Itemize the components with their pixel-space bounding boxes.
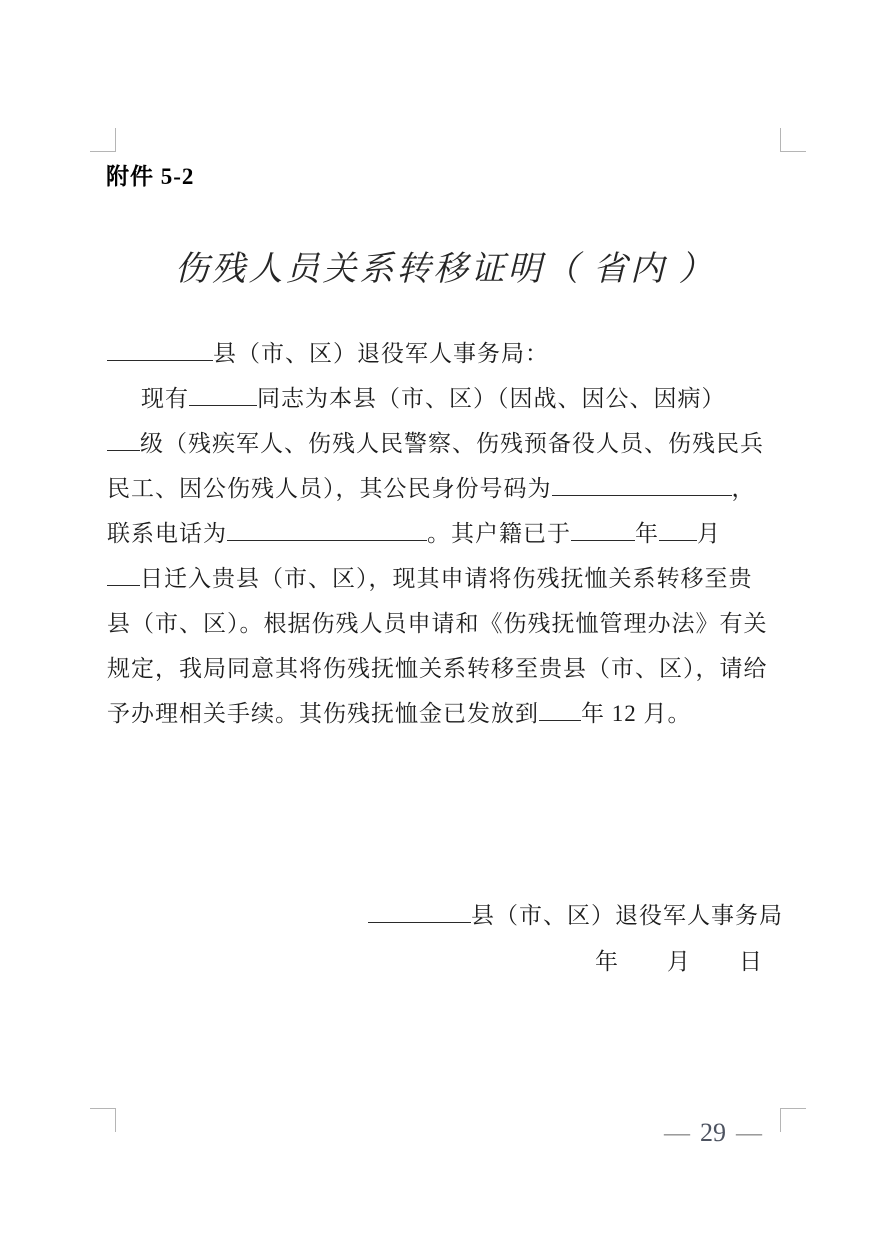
text-line: 年 月 日 [368, 939, 783, 985]
document-title: 伤残人员关系转移证明（ 省内 ） [108, 241, 782, 290]
blank-underline-field [552, 473, 732, 496]
text-line: 民工、因公伤残人员），其公民身份号码为， [107, 466, 787, 511]
text-line: 县（市、区）。根据伤残人员申请和《伤残抚恤管理办法》有关 [107, 601, 787, 646]
text-segment: 同志为本县（市、区）（因战、因公、因病） [257, 386, 726, 411]
text-segment: 县（市、区）退役军人事务局 [471, 903, 783, 928]
text-line: 日迁入贵县（市、区），现其申请将伤残抚恤关系转移至贵 [107, 556, 787, 601]
document-page: 附件 5-2 伤残人员关系转移证明（ 省内 ） 县（市、区）退役军人事务局：现有… [0, 0, 887, 1254]
blank-underline-field [107, 563, 140, 586]
text-line: 予办理相关手续。其伤残抚恤金已发放到年 12 月。 [107, 691, 787, 736]
text-segment: 年 [635, 521, 659, 546]
blank-underline-field [189, 383, 257, 406]
page-number-value: 29 [700, 1118, 726, 1147]
text-line: 级（残疾军人、伤残人民警察、伤残预备役人员、伤残民兵 [107, 421, 787, 466]
text-segment: 规定，我局同意其将伤残抚恤关系转移至贵县（市、区），请给 [107, 656, 768, 681]
page-number-dash: — [654, 1118, 700, 1147]
text-segment: 予办理相关手续。其伤残抚恤金已发放到 [107, 701, 539, 726]
crop-mark-top-right [780, 128, 806, 152]
blank-underline-field [368, 900, 471, 923]
text-segment: 联系电话为 [107, 521, 227, 546]
page-number-dash: — [726, 1118, 772, 1147]
page-number: —29— [613, 1118, 813, 1148]
attachment-label: 附件 5-2 [106, 158, 194, 191]
text-segment: 日迁入贵县（市、区），现其申请将伤残抚恤关系转移至贵 [140, 566, 753, 591]
blank-underline-field [571, 518, 635, 541]
crop-mark-bottom-left [90, 1108, 116, 1132]
text-line: 联系电话为。其户籍已于年月 [107, 511, 787, 556]
blank-underline-field [539, 698, 581, 721]
text-segment: ， [732, 476, 756, 501]
blank-underline-field [107, 428, 140, 451]
text-line: 县（市、区）退役军人事务局： [107, 331, 787, 376]
blank-underline-field [107, 338, 213, 361]
text-segment: 级（残疾军人、伤残人民警察、伤残预备役人员、伤残民兵 [140, 431, 764, 456]
text-segment: 县（市、区）。根据伤残人员申请和《伤残抚恤管理办法》有关 [107, 611, 768, 636]
text-segment: 县（市、区）退役军人事务局： [213, 341, 549, 366]
blank-underline-field [227, 518, 427, 541]
text-segment: 年 12 月。 [581, 701, 692, 726]
text-segment: 月 [697, 521, 721, 546]
text-segment: 年 月 日 [595, 949, 763, 974]
text-segment: 民工、因公伤残人员），其公民身份号码为 [107, 476, 552, 501]
text-segment: 现有 [141, 386, 189, 411]
text-segment: 。其户籍已于 [427, 521, 571, 546]
signature-block: 县（市、区）退役军人事务局年 月 日 [368, 893, 783, 985]
text-line: 现有同志为本县（市、区）（因战、因公、因病） [107, 376, 787, 421]
text-line: 规定，我局同意其将伤残抚恤关系转移至贵县（市、区），请给 [107, 646, 787, 691]
text-line: 县（市、区）退役军人事务局 [368, 893, 783, 939]
crop-mark-top-left [90, 128, 116, 152]
document-body: 县（市、区）退役军人事务局：现有同志为本县（市、区）（因战、因公、因病）级（残疾… [107, 331, 787, 736]
blank-underline-field [659, 518, 697, 541]
